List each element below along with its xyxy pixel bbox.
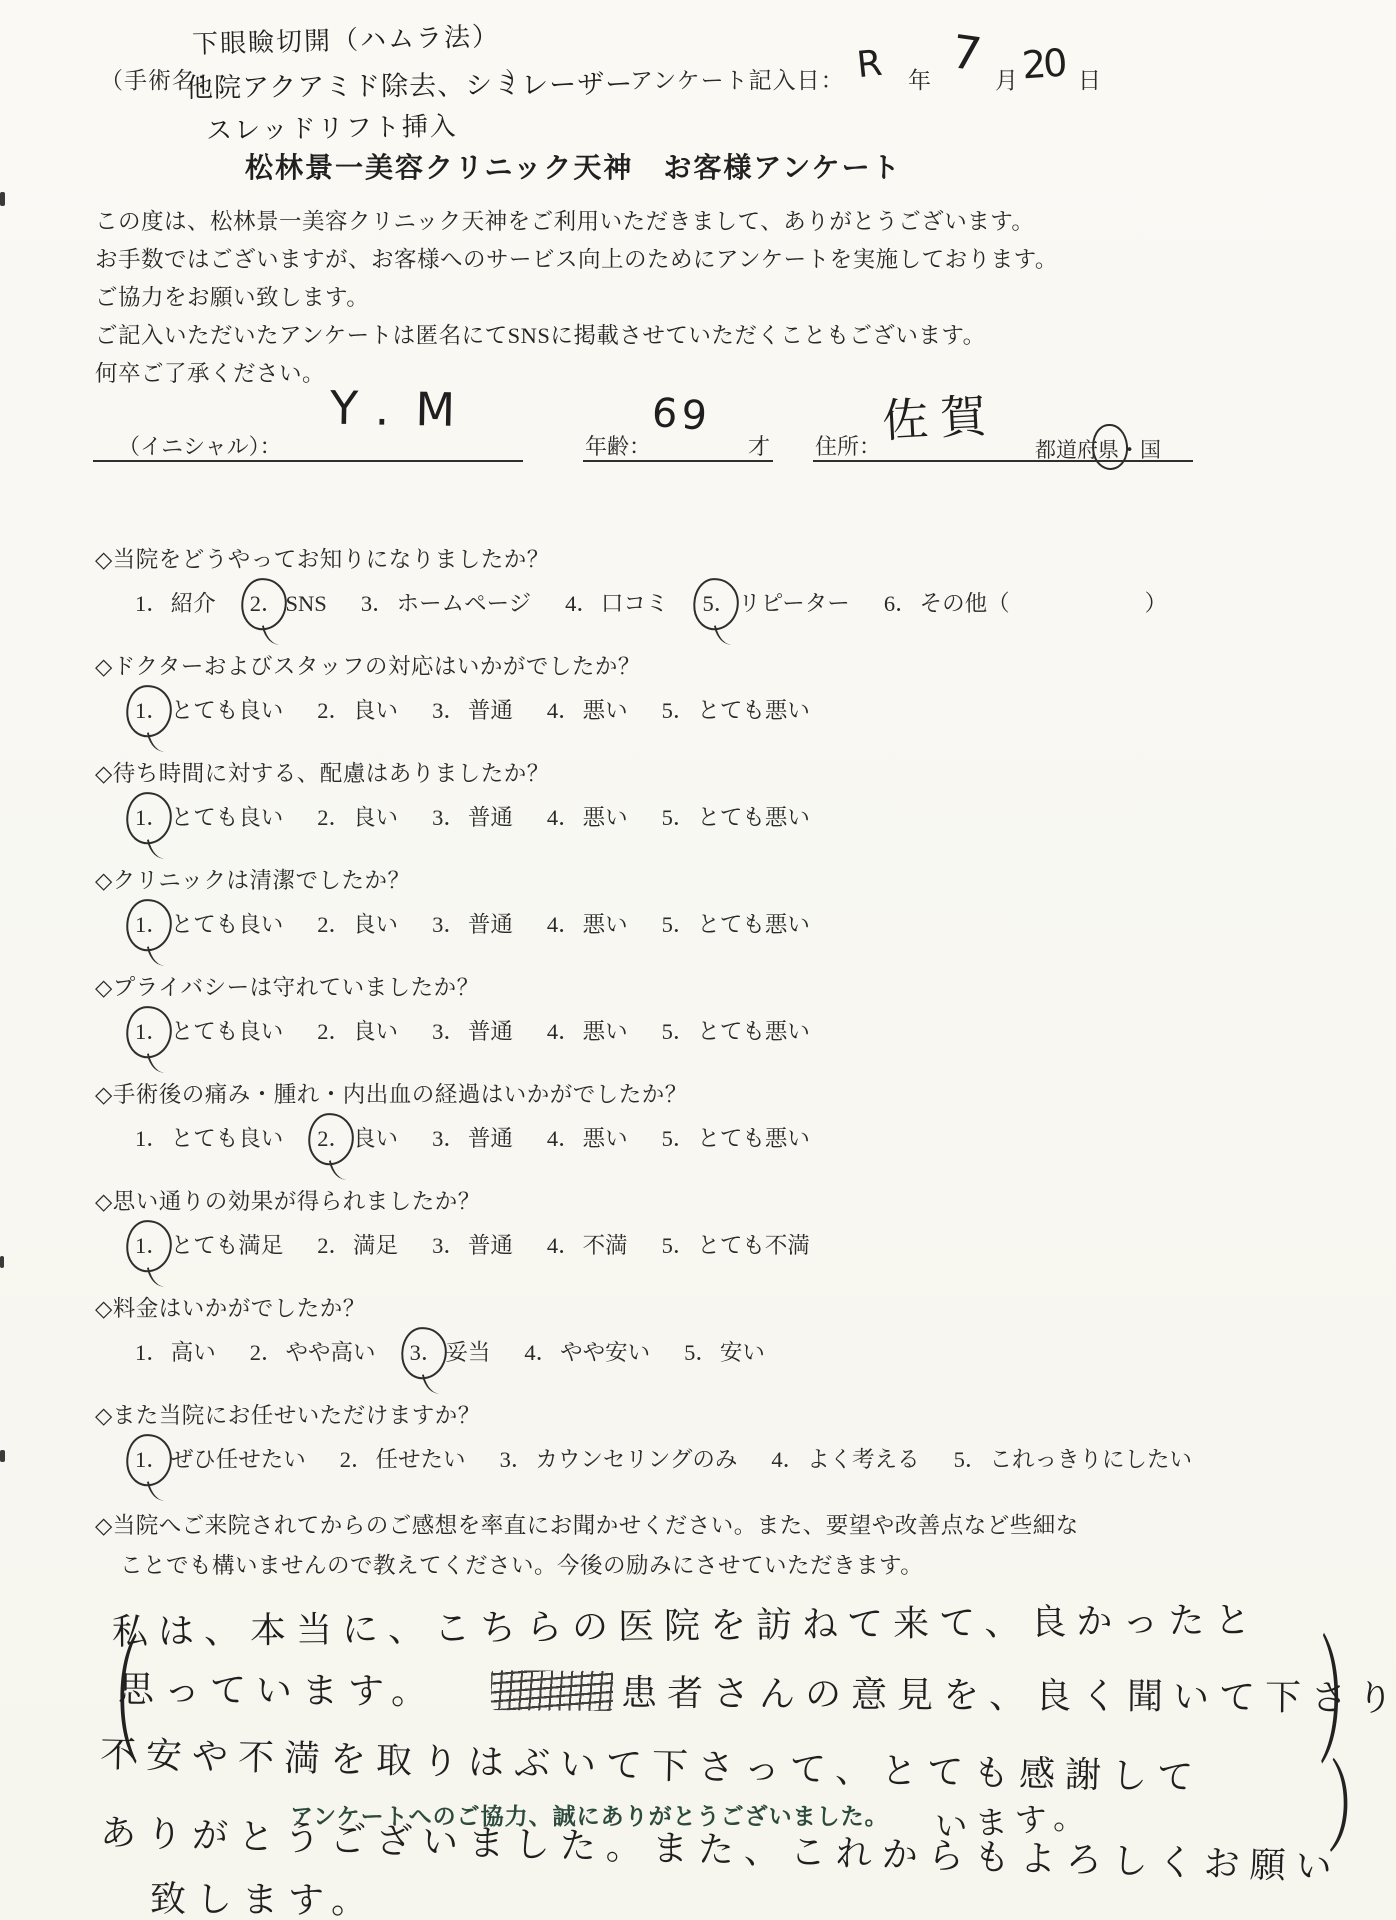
option-label: とても満足 — [171, 1228, 284, 1260]
page-title: 松林景一美容クリニック天神 お客様アンケート — [245, 146, 902, 186]
option-label: 安い — [720, 1335, 765, 1367]
option-number: 5． — [662, 693, 696, 725]
option-label: カウンセリングのみ — [535, 1442, 737, 1474]
answer-option[interactable]: 1．とても良い — [135, 800, 283, 832]
option-label: ホームページ — [397, 586, 532, 618]
question-title: ◇クリニックは清潔でしたか？ — [95, 866, 1356, 896]
option-label: 良い — [353, 907, 398, 939]
answer-option[interactable]: 5．安い — [684, 1335, 765, 1367]
option-label: とても良い — [171, 1121, 284, 1153]
option-label: とても良い — [171, 800, 284, 832]
option-label: やや高い — [286, 1335, 376, 1367]
question-title: ◇プライバシーは守れていましたか？ — [95, 973, 1356, 1003]
question-options: 1．とても良い2．良い3．普通4．悪い5．とても悪い — [95, 1014, 1356, 1046]
option-label: 普通 — [468, 1121, 513, 1153]
option-number: 4． — [547, 1014, 581, 1046]
comment-line-1: 私は、本当に、こちらの医院を訪ねて来て、良かったと — [112, 1592, 1261, 1655]
option-number: 5． — [684, 1335, 718, 1367]
intro-line: お手数ではございますが、お客様へのサービス向上のためにアンケートを実施しておりま… — [95, 241, 1058, 279]
circled-answer-mark: 2． — [250, 586, 284, 618]
option-number: 2． — [317, 1014, 351, 1046]
option-number: 4． — [547, 907, 581, 939]
answer-option[interactable]: 4．よく考える — [771, 1442, 919, 1474]
option-label: 良い — [353, 800, 398, 832]
answer-option[interactable]: 3．妥当 — [410, 1335, 491, 1367]
intro-line: この度は、松林景一美容クリニック天神をご利用いただきまして、ありがとうございます… — [95, 203, 1058, 241]
intro-paragraph: この度は、松林景一美容クリニック天神をご利用いただきまして、ありがとうございます… — [95, 203, 1058, 393]
age-field-label: 年齢： — [585, 430, 651, 461]
answer-option[interactable]: 2．良い — [317, 1014, 398, 1046]
answer-option[interactable]: 5．これっきりにしたい — [954, 1442, 1192, 1474]
answer-option[interactable]: 3．ホームページ — [361, 586, 531, 618]
survey-date-month-value: 7 — [948, 24, 985, 82]
question-options: 1．ぜひ任せたい2．任せたい3．カウンセリングのみ4．よく考える5．これっきりに… — [95, 1442, 1356, 1474]
option-label: とても良い — [171, 907, 284, 939]
option-label: とても悪い — [697, 1014, 810, 1046]
answer-option[interactable]: 4．悪い — [547, 693, 628, 725]
option-label: リピーター — [738, 586, 850, 618]
option-number: 4． — [547, 1121, 581, 1153]
comment-line-2: 思っています。 患者さんの意見を、良く聞いて下さり — [118, 1662, 1396, 1722]
answer-option[interactable]: 4．悪い — [547, 1121, 628, 1153]
question-options: 1．とても良い2．良い3．普通4．悪い5．とても悪い — [95, 800, 1356, 832]
option-label: とても良い — [171, 693, 284, 725]
survey-date-month-suffix: 月 — [995, 62, 1018, 95]
initials-field-label: （イニシャル）： — [118, 430, 282, 461]
circled-answer-mark: 1． — [135, 1442, 169, 1474]
option-label: 悪い — [583, 1014, 628, 1046]
age-handwritten-value: 69 — [650, 390, 712, 440]
survey-date-day-suffix: 日 — [1078, 62, 1101, 95]
option-number: 3． — [432, 1121, 466, 1153]
address-field-underline[interactable] — [813, 460, 1193, 462]
address-field-label: 住所： — [815, 430, 881, 461]
feedback-prompt-line: ◇当院へご来院されてからのご感想を率直にお聞かせください。また、要望や改善点など… — [95, 1506, 1079, 1546]
option-label: 悪い — [583, 907, 628, 939]
option-label: 不満 — [583, 1228, 628, 1260]
option-number: 3． — [432, 693, 466, 725]
question-block: ◇待ち時間に対する、配慮はありましたか？1．とても良い2．良い3．普通4．悪い5… — [95, 759, 1356, 866]
comment-line-3: 不安や不満を取りはぶいて下さって、とても感謝して — [100, 1726, 1204, 1800]
circled-answer-mark: 1． — [135, 1228, 169, 1260]
option-number: 5． — [662, 1014, 696, 1046]
option-label: 普通 — [468, 1014, 513, 1046]
option-number: 1． — [135, 1121, 169, 1153]
answer-option[interactable]: 4．悪い — [547, 907, 628, 939]
circled-answer-mark: 3． — [410, 1335, 444, 1367]
questions-section: ◇当院をどうやってお知りになりましたか？1．紹介2．SNS3．ホームページ4．口… — [95, 545, 1356, 1508]
question-block: ◇プライバシーは守れていましたか？1．とても良い2．良い3．普通4．悪い5．とて… — [95, 973, 1356, 1080]
question-options: 1．とても良い2．良い3．普通4．悪い5．とても悪い — [95, 693, 1356, 725]
answer-option[interactable]: 1．紹介 — [135, 586, 216, 618]
surgery-name-handwritten-line3: スレッドリフト挿入 — [206, 106, 458, 147]
answer-option[interactable]: 1．ぜひ任せたい — [135, 1442, 306, 1474]
surgery-name-handwritten-line1: 下眼瞼切開（ハムラ法） — [192, 16, 501, 61]
option-number: 6． — [884, 586, 918, 618]
answer-option[interactable]: 1．とても満足 — [135, 1228, 283, 1260]
option-label: 任せたい — [376, 1442, 466, 1474]
circled-answer-mark: 1． — [135, 1014, 169, 1046]
question-options: 1．高い2．やや高い3．妥当4．やや安い5．安い — [95, 1335, 1356, 1367]
option-label: 満足 — [353, 1228, 398, 1260]
surgery-name-handwritten-line2: 他院アクアミド除去、シミレーザー — [186, 62, 634, 105]
option-number: 1． — [135, 586, 169, 618]
question-block: ◇料金はいかがでしたか？1．高い2．やや高い3．妥当4．やや安い5．安い — [95, 1294, 1356, 1401]
question-options: 1．とても良い2．良い3．普通4．悪い5．とても悪い — [95, 1121, 1356, 1153]
answer-option[interactable]: 5．とても悪い — [662, 907, 810, 939]
question-title: ◇手術後の痛み・腫れ・内出血の経過はいかがでしたか？ — [95, 1080, 1356, 1110]
option-number: 4． — [547, 1228, 581, 1260]
answer-option[interactable]: 3．普通 — [432, 1014, 513, 1046]
option-number: 5． — [662, 1121, 696, 1153]
option-number: 3． — [500, 1442, 534, 1474]
answer-option[interactable]: 1．とても良い — [135, 907, 283, 939]
answer-option[interactable]: 5．リピーター — [702, 586, 849, 618]
answer-option[interactable]: 2．任せたい — [340, 1442, 466, 1474]
option-label: 高い — [171, 1335, 216, 1367]
option-label: 普通 — [468, 800, 513, 832]
option-number: 3． — [432, 907, 466, 939]
feedback-prompt: ◇当院へご来院されてからのご感想を率直にお聞かせください。また、要望や改善点など… — [95, 1506, 1079, 1586]
option-number: 4． — [771, 1442, 805, 1474]
option-label: とても不満 — [697, 1228, 810, 1260]
option-number: 1． — [135, 1335, 169, 1367]
initials-field-underline[interactable] — [93, 460, 523, 462]
answer-option[interactable]: 4．悪い — [547, 1014, 628, 1046]
option-number: 3． — [432, 1228, 466, 1260]
answer-option[interactable]: 2．良い — [317, 693, 398, 725]
option-number: 2． — [340, 1442, 374, 1474]
option-number: 2． — [250, 1335, 284, 1367]
question-title: ◇ドクターおよびスタッフの対応はいかがでしたか？ — [95, 652, 1356, 682]
answer-option[interactable]: 1．とても良い — [135, 1014, 283, 1046]
answer-option[interactable]: 2．良い — [317, 800, 398, 832]
option-number: 5． — [662, 800, 696, 832]
question-block: ◇クリニックは清潔でしたか？1．とても良い2．良い3．普通4．悪い5．とても悪い — [95, 866, 1356, 973]
option-label: これっきりにしたい — [989, 1442, 1192, 1474]
option-number: 4． — [524, 1335, 558, 1367]
option-number: 4． — [547, 693, 581, 725]
answer-option[interactable]: 2．SNS — [250, 586, 327, 618]
option-number: 2． — [317, 907, 351, 939]
answer-option[interactable]: 3．普通 — [432, 693, 513, 725]
survey-date-year-suffix: 年 — [908, 62, 931, 95]
option-label: とても悪い — [697, 693, 810, 725]
option-number: 2． — [317, 800, 351, 832]
option-label: 良い — [353, 1121, 398, 1153]
question-title: ◇当院をどうやってお知りになりましたか？ — [95, 545, 1356, 575]
question-block: ◇ドクターおよびスタッフの対応はいかがでしたか？1．とても良い2．良い3．普通4… — [95, 652, 1356, 759]
answer-option[interactable]: 3．普通 — [432, 1121, 513, 1153]
option-label: ぜひ任せたい — [171, 1442, 306, 1474]
circled-answer-mark: 2． — [317, 1121, 351, 1153]
option-number: 5． — [662, 1228, 696, 1260]
option-label: とても良い — [171, 1014, 284, 1046]
region-pre-text: 都道府 — [1035, 438, 1098, 462]
answer-option[interactable]: 5．とても悪い — [662, 1014, 810, 1046]
option-label: その他（ ） — [920, 586, 1168, 618]
answer-option[interactable]: 5．とても不満 — [662, 1228, 810, 1260]
circled-answer-mark: 1． — [135, 693, 169, 725]
option-number: 4． — [547, 800, 581, 832]
option-label: 悪い — [583, 1121, 628, 1153]
answer-option[interactable]: 2．やや高い — [250, 1335, 376, 1367]
address-handwritten-value: 佐賀 — [880, 379, 999, 451]
survey-date-label: アンケート記入日： — [630, 62, 845, 95]
option-label: 口コミ — [601, 586, 669, 618]
answer-option[interactable]: 4．不満 — [547, 1228, 628, 1260]
option-label: 紹介 — [171, 586, 216, 618]
option-label: 普通 — [468, 907, 513, 939]
answer-option[interactable]: 3．普通 — [432, 1228, 513, 1260]
answer-option[interactable]: 2．良い — [317, 1121, 398, 1153]
question-options: 1．とても良い2．良い3．普通4．悪い5．とても悪い — [95, 907, 1356, 939]
scan-artifact — [0, 1450, 5, 1462]
answer-option[interactable]: 3．普通 — [432, 800, 513, 832]
option-label: とても悪い — [697, 1121, 810, 1153]
option-number: 2． — [317, 693, 351, 725]
question-title: ◇また当院にお任せいただけますか？ — [95, 1401, 1356, 1431]
option-label: よく考える — [807, 1442, 920, 1474]
circled-answer-mark: 1． — [135, 907, 169, 939]
scribbled-out-word — [491, 1670, 613, 1711]
survey-date-day-value: 20 — [1021, 41, 1066, 88]
age-suffix-label: 才 — [748, 430, 770, 461]
question-block: ◇また当院にお任せいただけますか？1．ぜひ任せたい2．任せたい3．カウンセリング… — [95, 1401, 1356, 1508]
feedback-prompt-line: ことでも構いませんので教えてください。今後の励みにさせていただきます。 — [95, 1546, 1079, 1586]
option-number: 5． — [662, 907, 696, 939]
age-field-underline[interactable] — [583, 460, 773, 462]
scan-artifact — [0, 192, 5, 206]
answer-option[interactable]: 1．高い — [135, 1335, 216, 1367]
question-options: 1．とても満足2．満足3．普通4．不満5．とても不満 — [95, 1228, 1356, 1260]
answer-option[interactable]: 3．カウンセリングのみ — [500, 1442, 738, 1474]
answer-option[interactable]: 3．普通 — [432, 907, 513, 939]
circled-answer-mark: 5． — [702, 586, 736, 618]
footer-thanks-text: アンケートへのご協力、誠にありがとうございました。 — [290, 1798, 889, 1831]
option-number: 3． — [361, 586, 395, 618]
comment-line-5: 致します。 — [150, 1871, 378, 1920]
option-number: 4． — [565, 586, 599, 618]
question-title: ◇思い通りの効果が得られましたか？ — [95, 1187, 1356, 1217]
option-label: 良い — [353, 693, 398, 725]
option-label: とても悪い — [697, 800, 810, 832]
answer-option[interactable]: 6．その他（ ） — [884, 586, 1167, 618]
question-title: ◇待ち時間に対する、配慮はありましたか？ — [95, 759, 1356, 789]
option-label: 良い — [353, 1014, 398, 1046]
answer-option[interactable]: 4．やや安い — [524, 1335, 650, 1367]
answer-option[interactable]: 4．口コミ — [565, 586, 668, 618]
intro-line: ご協力をお願い致します。 — [95, 279, 1058, 317]
survey-date-era-value: R — [855, 43, 884, 86]
initials-handwritten-value: Y.M — [330, 381, 482, 438]
answer-option[interactable]: 4．悪い — [547, 800, 628, 832]
option-number: 3． — [432, 1014, 466, 1046]
option-label: 悪い — [583, 693, 628, 725]
option-number: 3． — [432, 800, 466, 832]
answer-option[interactable]: 1．とても良い — [135, 693, 283, 725]
question-title: ◇料金はいかがでしたか？ — [95, 1294, 1356, 1324]
question-block: ◇当院をどうやってお知りになりましたか？1．紹介2．SNS3．ホームページ4．口… — [95, 545, 1356, 652]
answer-option[interactable]: 5．とても悪い — [662, 693, 810, 725]
scan-artifact — [0, 1256, 4, 1268]
answer-option[interactable]: 5．とても悪い — [662, 1121, 810, 1153]
option-label: 普通 — [468, 1228, 513, 1260]
comment-line-2a: 思っています。 — [118, 1662, 437, 1715]
circled-answer-mark: 1． — [135, 800, 169, 832]
question-options: 1．紹介2．SNS3．ホームページ4．口コミ5．リピーター6．その他（ ） — [95, 586, 1356, 618]
question-block: ◇思い通りの効果が得られましたか？1．とても満足2．満足3．普通4．不満5．とて… — [95, 1187, 1356, 1294]
option-label: 悪い — [583, 800, 628, 832]
answer-option[interactable]: 1．とても良い — [135, 1121, 283, 1153]
option-label: 普通 — [468, 693, 513, 725]
option-label: 妥当 — [445, 1335, 490, 1367]
answer-option[interactable]: 2．良い — [317, 907, 398, 939]
option-label: SNS — [286, 591, 327, 617]
option-label: やや安い — [560, 1335, 650, 1367]
comment-line-2b: 患者さんの意見を、良く聞いて下さり — [621, 1665, 1396, 1721]
question-block: ◇手術後の痛み・腫れ・内出血の経過はいかがでしたか？1．とても良い2．良い3．普… — [95, 1080, 1356, 1187]
option-number: 2． — [317, 1228, 351, 1260]
answer-option[interactable]: 5．とても悪い — [662, 800, 810, 832]
option-number: 5． — [954, 1442, 988, 1474]
survey-scan-page: （手術名： ） 下眼瞼切開（ハムラ法） 他院アクアミド除去、シミレーザー スレッ… — [0, 0, 1396, 1920]
answer-option[interactable]: 2．満足 — [317, 1228, 398, 1260]
intro-line: ご記入いただいたアンケートは匿名にてSNSに掲載させていただくこともございます。 — [95, 317, 1058, 355]
option-label: とても悪い — [697, 907, 810, 939]
